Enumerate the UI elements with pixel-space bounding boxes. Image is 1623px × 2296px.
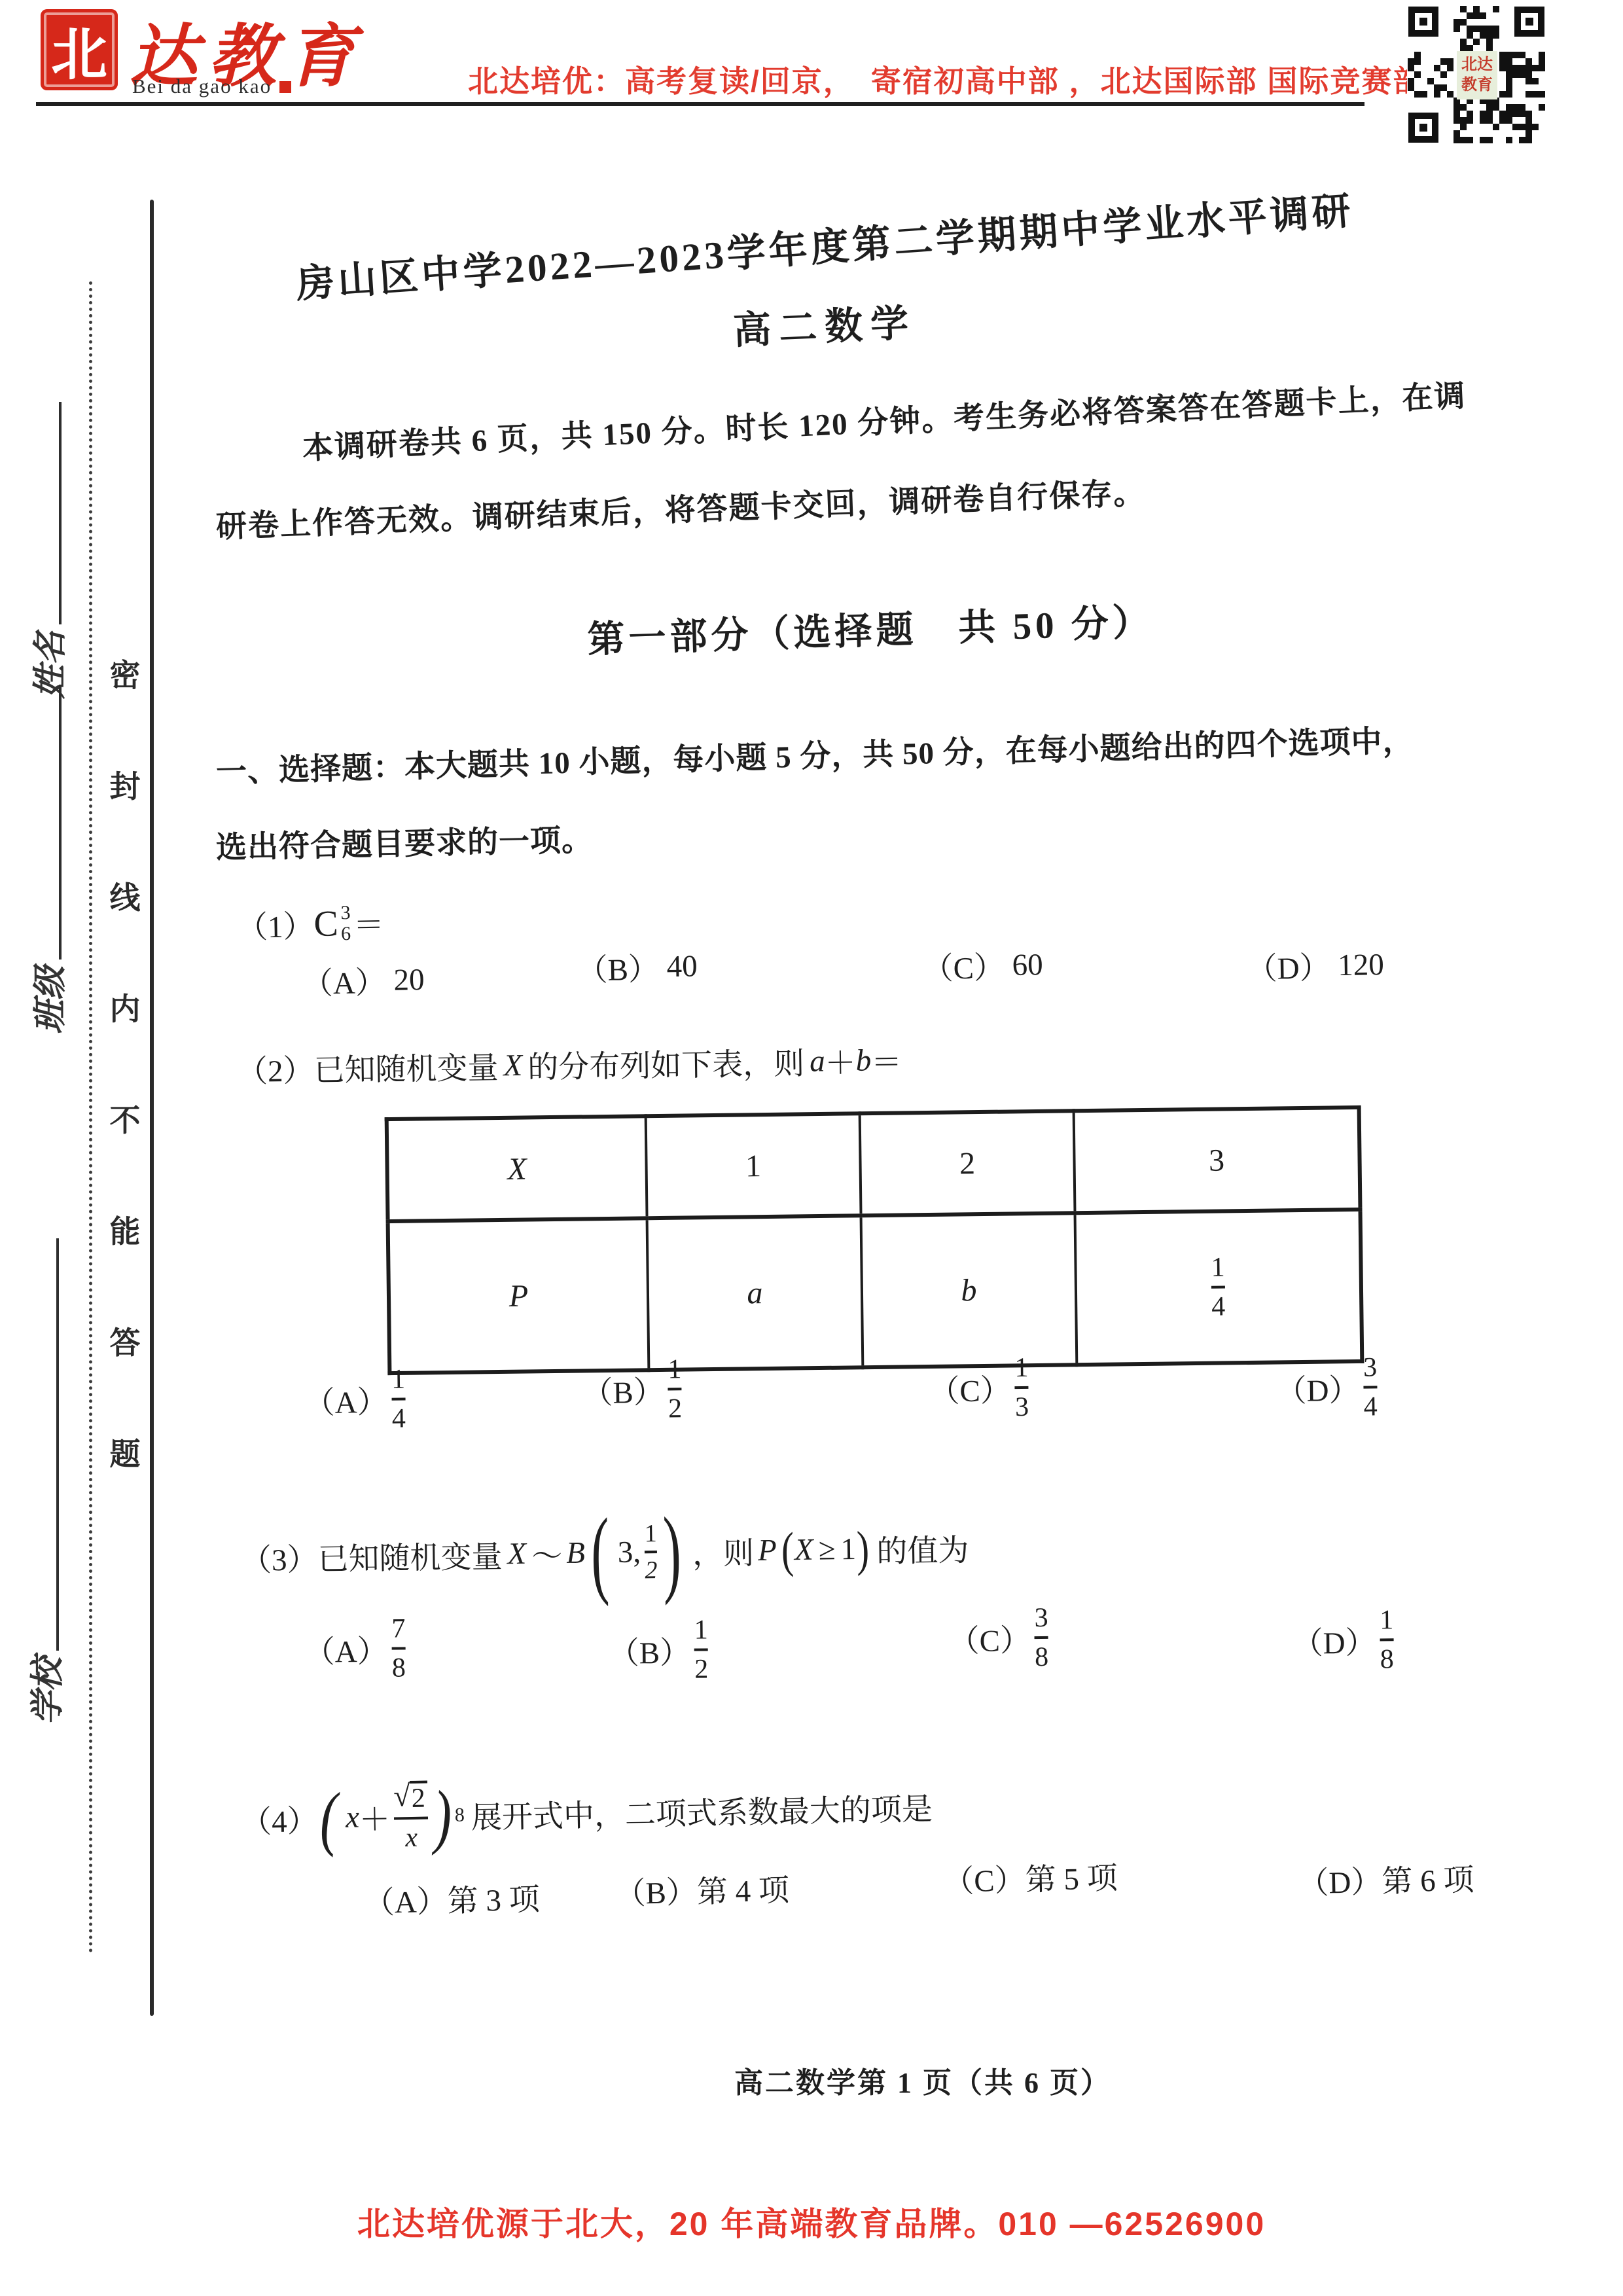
- bottom-banner: 北达培优源于北大，20 年高端教育品牌。010 —62526900: [52, 2198, 1571, 2245]
- radical-icon: √: [393, 1781, 410, 1811]
- option-d: （D） 18: [1292, 1606, 1398, 1674]
- seal-text-char: 封: [107, 762, 143, 806]
- class-field-blank: [52, 685, 62, 960]
- qr-finder-bottomleft: [1408, 113, 1438, 143]
- table-cell: X: [387, 1116, 647, 1221]
- question-2-stem: （2） 已知随机变量 X 的分布列如下表，则 a ＋ b ＝: [237, 1038, 902, 1091]
- table-cell: P: [388, 1218, 649, 1373]
- qr-finder-topleft: [1408, 7, 1438, 37]
- fraction: 38: [1034, 1604, 1048, 1671]
- margin-solid-line: [150, 200, 154, 2016]
- exponent: 8: [455, 1804, 465, 1826]
- combination-supsub: 3 6: [340, 903, 351, 944]
- page-footer: 高二数学第 1 页（共 6 页）: [301, 2059, 1544, 2101]
- option-c: （C） 13: [929, 1354, 1033, 1422]
- name-field: 姓名: [22, 402, 71, 699]
- option-d: （D） 34: [1275, 1354, 1382, 1422]
- instructions-line-1: 一、选择题：本大题共 10 小题，每小题 5 分，共 50 分，在每小题给出的四…: [215, 716, 1414, 791]
- option-a: （A） 14: [304, 1365, 410, 1433]
- seal-text-char: 题: [107, 1430, 143, 1474]
- fraction: 13: [1014, 1354, 1029, 1421]
- table-row: X 1 2 3: [387, 1107, 1361, 1221]
- header-tagline: 北达培优：高考复读/回京， 寄宿初高中部 ，北达国际部 国际竞赛部: [468, 58, 1424, 101]
- option-b: （B） 40: [577, 944, 698, 990]
- logo-red-square: [279, 81, 291, 93]
- table-cell: b: [861, 1213, 1077, 1367]
- option-a: （A） 78: [304, 1615, 410, 1682]
- seal-text-char: 不: [107, 1096, 143, 1140]
- fraction: 14: [391, 1365, 406, 1432]
- intro-line-2: 研卷上作答无效。调研结束后，将答题卡交回，调研卷自行保存。: [215, 469, 1147, 547]
- table-cell: 3: [1074, 1107, 1361, 1213]
- instructions-line-2: 选出符合题目要求的一项。: [215, 816, 593, 867]
- header-divider: [36, 102, 1364, 106]
- option-a: （A） 20: [302, 958, 425, 1003]
- option-b: （B） 12: [608, 1616, 712, 1683]
- school-field: 学校: [20, 1238, 69, 1725]
- option-c: （C）第 5 项: [943, 1854, 1118, 1901]
- table-cell: 1 4: [1075, 1210, 1362, 1365]
- option-d: （D） 120: [1246, 942, 1384, 988]
- qr-center-label: 北达 教育: [1457, 51, 1497, 99]
- q2-distribution-table: X 1 2 3 P a b 1 4: [385, 1105, 1364, 1375]
- seal-text-char: 能: [107, 1208, 143, 1251]
- option-a: （A）第 3 项: [363, 1875, 540, 1923]
- school-field-blank: [50, 1238, 59, 1651]
- question-4-stem: （4） ( x ＋ √2 x ) 8 展开式中，二项式系数最大的项是: [240, 1741, 934, 1885]
- option-b: （B）第 4 项: [615, 1866, 790, 1914]
- option-c: （C） 60: [922, 942, 1043, 988]
- table-cell: a: [647, 1215, 863, 1370]
- fraction: 12: [694, 1616, 709, 1683]
- table-cell: 2: [860, 1111, 1075, 1215]
- option-b: （B） 12: [582, 1355, 687, 1424]
- paren-left: (: [319, 1818, 337, 1818]
- exam-scan-page: 北 达教育 Bei da gao kao 北达培优：高考复读/回京， 寄宿初高中…: [0, 0, 1623, 2296]
- qr-code: 北达 教育: [1407, 5, 1546, 144]
- fraction: 12: [668, 1355, 682, 1422]
- fraction: 12: [644, 1521, 657, 1583]
- seal-text-char: 答: [107, 1319, 143, 1363]
- logo-romanized: Bei da gao kao: [132, 75, 291, 98]
- table-row: P a b 1 4: [388, 1210, 1363, 1373]
- geq-symbol: ≥: [818, 1532, 836, 1567]
- fraction: 18: [1380, 1606, 1394, 1673]
- intro-line-1: 本调研卷共 6 页，共 150 分。时长 120 分钟。考生务必将答案答在答题卡…: [301, 371, 1467, 468]
- question-3-stem: （3） 已知随机变量 X ～ B ( 3, 12 ) ，则 P ( X ≥ 1 …: [240, 1488, 970, 1617]
- seal-dotted-line: [89, 281, 92, 1954]
- option-c: （C） 38: [948, 1604, 1052, 1672]
- school-field-label: 学校: [29, 1657, 67, 1725]
- sqrt-fraction: √2 x: [393, 1781, 429, 1852]
- question-3-options: （A） 78 （B） 12 （C） 38 （D） 18: [215, 1605, 1459, 1734]
- fraction: 1 4: [1211, 1253, 1225, 1320]
- class-field: 班级: [22, 685, 71, 1034]
- question-2-options: （A） 14 （B） 12 （C） 13 （D） 34: [215, 1353, 1460, 1479]
- seal-text-char: 线: [107, 874, 143, 918]
- name-field-blank: [52, 402, 62, 624]
- option-d: （D）第 6 项: [1298, 1856, 1474, 1903]
- class-field-label: 班级: [32, 966, 69, 1034]
- fraction: 34: [1363, 1354, 1378, 1420]
- logo-seal: 北: [41, 9, 118, 90]
- seal-text-char: 内: [107, 985, 143, 1029]
- table-cell: 1: [646, 1113, 861, 1218]
- question-1-options: （A） 20 （B） 40 （C） 60 （D） 120: [215, 942, 1440, 1020]
- fraction: 78: [391, 1615, 406, 1681]
- paren-right: ): [434, 1816, 452, 1816]
- question-1-stem: （1） C 3 6 ＝: [236, 901, 384, 947]
- logo-seal-char: 北: [51, 9, 107, 90]
- qr-finder-topright: [1514, 7, 1544, 37]
- section-heading: 第一部分（选择题 共 50 分）: [235, 581, 1506, 675]
- seal-text-char: 密: [107, 651, 143, 695]
